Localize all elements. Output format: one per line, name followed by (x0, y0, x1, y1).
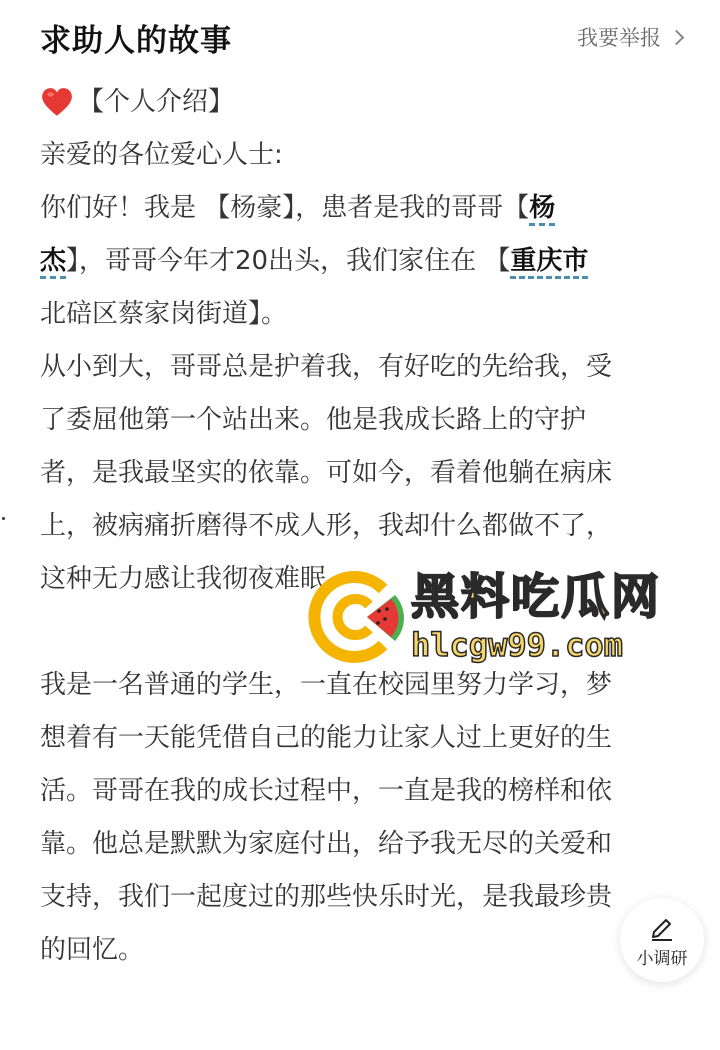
greeting: 亲爱的各位爱心人士: (40, 129, 685, 182)
para2-line: 从小到大，哥哥总是护着我，有好吃的先给我，受 (40, 341, 685, 394)
watermark-url: hlcgw99.com (411, 625, 661, 665)
para1-line3: 北碚区蔡家岗街道】。 (40, 288, 685, 341)
page-header: 求助人的故事 我要举报 (40, 14, 682, 60)
watermark-text: 黑料吃瓜网 hlcgw99.com (411, 569, 661, 665)
story-content: 【个人介绍】 亲爱的各位爱心人士: 你们好！我是 【杨豪】，患者是我的哥哥【杨 … (40, 76, 685, 977)
page-title: 求助人的故事 (40, 15, 232, 60)
report-label: 我要举报 (577, 22, 661, 52)
stray-dot (2, 517, 5, 520)
para2-line: 了委屈他第一个站出来。他是我成长路上的守护 (40, 394, 685, 447)
text: 你们好！我是 【杨豪】，患者是我的哥哥【 (40, 193, 529, 223)
text: 】，哥哥今年才20出头，我们家住在 【 (66, 246, 510, 276)
chevron-right-icon (669, 29, 685, 45)
para2-line: 者，是我最坚实的依靠。可如今，看着他躺在病床 (40, 447, 685, 500)
heart-icon (40, 86, 74, 120)
intro-heading: 【个人介绍】 (40, 76, 685, 129)
highlight-name[interactable]: 杰 (40, 246, 66, 279)
para3-line: 的回忆。 (40, 924, 685, 977)
para1-line1: 你们好！我是 【杨豪】，患者是我的哥哥【杨 (40, 182, 685, 235)
watermark-title: 黑料吃瓜网 (411, 569, 661, 625)
para3-line: 支持，我们一起度过的那些快乐时光，是我最珍贵 (40, 871, 685, 924)
intro-label: 【个人介绍】 (78, 76, 234, 129)
para1-line2: 杰】，哥哥今年才20出头，我们家住在 【重庆市 (40, 235, 685, 288)
watermark-overlay: 黑料吃瓜网 hlcgw99.com (305, 562, 665, 672)
survey-button[interactable]: 小调研 (620, 898, 704, 982)
para3-line: 靠。他总是默默为家庭付出，给予我无尽的关爱和 (40, 818, 685, 871)
para3-line: 活。哥哥在我的成长过程中，一直是我的榜样和依 (40, 765, 685, 818)
para3-line: 想着有一天能凭借自己的能力让家人过上更好的生 (40, 712, 685, 765)
para2-line: 上，被病痛折磨得不成人形，我却什么都做不了， (40, 500, 685, 553)
survey-label: 小调研 (637, 944, 688, 969)
watermelon-logo-icon (305, 567, 405, 667)
highlight-city[interactable]: 重庆市 (510, 246, 588, 279)
pencil-icon (647, 912, 677, 942)
report-button[interactable]: 我要举报 (577, 22, 682, 52)
highlight-name[interactable]: 杨 (529, 193, 555, 226)
